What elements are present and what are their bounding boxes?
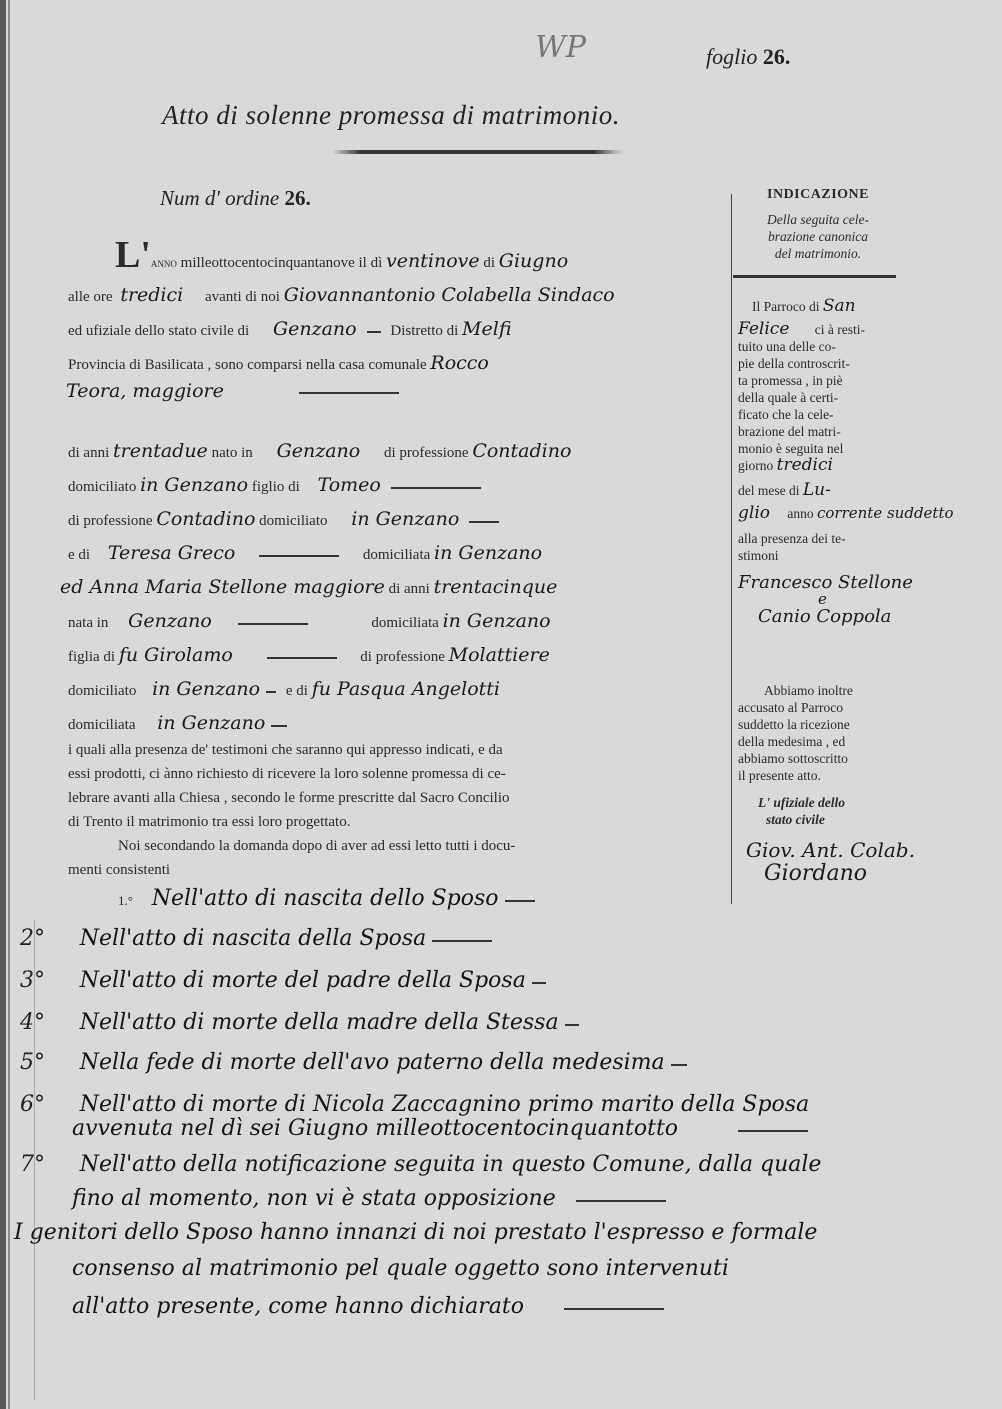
document-title: Atto di solenne promessa di matrimonio. bbox=[162, 100, 620, 131]
sidebar-text: della medesima , ed bbox=[738, 733, 898, 750]
bride-father-domicile: in Genzano bbox=[152, 678, 260, 700]
binding-edge bbox=[0, 0, 6, 1409]
item-text: avvenuta nel dì sei Giugno milleottocent… bbox=[72, 1116, 678, 1141]
item-text: Nell'atto di nascita della Sposa bbox=[80, 926, 427, 951]
folio-label: foglio bbox=[706, 44, 757, 69]
label: di anni bbox=[389, 581, 430, 597]
order-number: Num d' ordine 26. bbox=[160, 186, 311, 211]
list-item: 7° Nell'atto della notificazione seguita… bbox=[20, 1152, 821, 1177]
anno-word: anno bbox=[151, 255, 177, 270]
label: ed ufiziale dello stato civile di bbox=[68, 323, 249, 339]
list-item: I genitori dello Sposo hanno innanzi di … bbox=[14, 1220, 817, 1245]
sidebar-text: abbiamo sottoscritto bbox=[738, 750, 898, 767]
item-number: 7° bbox=[20, 1152, 45, 1177]
sidebar-text: accusato al Parroco bbox=[738, 699, 898, 716]
bride-mother-domicile: in Genzano bbox=[157, 712, 265, 734]
paragraph-line: essi prodotti, ci ànno richiesto di rice… bbox=[68, 766, 506, 783]
celebration-month: Lu- bbox=[803, 480, 831, 500]
officer-title: stato civile bbox=[766, 811, 898, 828]
sidebar-text: alla presenza dei te- bbox=[738, 530, 898, 547]
bride-mother: fu Pasqua Angelotti bbox=[312, 678, 500, 700]
label: di professione bbox=[384, 445, 469, 461]
sidebar-subtitle: Della seguita cele- bbox=[738, 211, 898, 228]
groom-age: trentadue bbox=[113, 440, 208, 462]
item-text: I genitori dello Sposo hanno innanzi di … bbox=[14, 1220, 817, 1245]
binding-edge-line bbox=[8, 0, 10, 1409]
giorno-label: giorno bbox=[738, 458, 773, 473]
label: avanti di noi bbox=[205, 289, 280, 305]
label: domiciliato bbox=[68, 683, 136, 699]
list-item: 2° Nell'atto di nascita della Sposa bbox=[20, 926, 498, 951]
celebration-year: corrente suddetto bbox=[817, 504, 954, 522]
label: domiciliato bbox=[259, 513, 327, 529]
line-groom-domicile: domiciliato in Genzano figlio di Tomeo bbox=[68, 474, 487, 496]
sidebar-parroco: Il Parroco di San Felice ci à resti- tui… bbox=[738, 298, 898, 625]
officer-signature: Giordano bbox=[764, 865, 898, 882]
item-text: Nell'atto della notificazione seguita in… bbox=[80, 1152, 822, 1177]
label: figlio di bbox=[252, 479, 300, 495]
parroco-label: Il Parroco di bbox=[752, 299, 819, 314]
sidebar-text: ficato che la cele- bbox=[738, 406, 898, 423]
sidebar-text: Abbiamo inoltre bbox=[764, 682, 898, 699]
groom-first-name: Rocco bbox=[430, 352, 488, 374]
item-text: Nella fede di morte dell'avo paterno del… bbox=[80, 1050, 665, 1075]
item-number: 6° bbox=[20, 1092, 45, 1117]
label: Distretto di bbox=[390, 323, 458, 339]
father-profession: Contadino bbox=[156, 508, 255, 530]
hour-field: tredici bbox=[120, 284, 183, 306]
list-item: all'atto presente, come hanno dichiarato bbox=[72, 1294, 670, 1319]
mother-domicile: in Genzano bbox=[434, 542, 542, 564]
line-bride-father-domicile: domiciliato in Genzano e di fu Pasqua An… bbox=[68, 678, 500, 700]
paragraph-line: menti consistenti bbox=[68, 862, 170, 879]
officer-signature: Giov. Ant. Colab. bbox=[746, 842, 898, 859]
official-field: Giovannantonio Colabella Sindaco bbox=[284, 284, 615, 306]
district-field: Melfi bbox=[462, 318, 511, 340]
bride-birthplace: Genzano bbox=[128, 610, 212, 632]
label: domiciliata bbox=[371, 615, 438, 631]
line-bride-father: figlia di fu Girolamo di professione Mol… bbox=[68, 644, 550, 666]
bride-age: trentacinque bbox=[434, 576, 558, 598]
pencil-annotation: WP bbox=[535, 30, 586, 65]
sidebar-subtitle: del matrimonio. bbox=[738, 245, 898, 262]
item-number: 5° bbox=[20, 1050, 45, 1075]
paragraph-line: lebrare avanti alla Chiesa , secondo le … bbox=[68, 790, 510, 807]
groom-father: Tomeo bbox=[318, 474, 381, 496]
year-text: milleottocentocinquantanove il dì bbox=[181, 255, 383, 271]
folio-value: 26. bbox=[763, 44, 791, 69]
list-item: fino al momento, non vi è stata opposizi… bbox=[72, 1186, 672, 1211]
line-groom-mother: e di Teresa Greco domiciliata in Genzano bbox=[68, 542, 542, 564]
label: domiciliata bbox=[363, 547, 430, 563]
groom-surname: Teora, maggiore bbox=[66, 380, 224, 402]
parish-field: San bbox=[823, 296, 856, 316]
bride-domicile: in Genzano bbox=[443, 610, 551, 632]
paragraph-line: di Trento il matrimonio tra essi loro pr… bbox=[68, 814, 350, 831]
witness-1: Francesco Stellone bbox=[738, 574, 898, 591]
label: di professione bbox=[360, 649, 445, 665]
item-number: 2° bbox=[20, 926, 45, 951]
order-label: Num d' ordine bbox=[160, 186, 279, 210]
line-bride: ed Anna Maria Stellone maggiore di anni … bbox=[60, 576, 557, 598]
groom-domicile: in Genzano bbox=[140, 474, 248, 496]
sidebar-subtitle: brazione canonica bbox=[738, 228, 898, 245]
town-field: Genzano bbox=[273, 318, 357, 340]
list-item: 1.° Nell'atto di nascita dello Sposo bbox=[118, 886, 541, 911]
item-text: consenso al matrimonio pel quale oggetto… bbox=[72, 1256, 729, 1281]
item-text: Nell'atto di nascita dello Sposo bbox=[152, 886, 499, 911]
item-number: 3° bbox=[20, 968, 45, 993]
drop-cap: L' bbox=[115, 234, 151, 276]
sidebar-text: stimoni bbox=[738, 547, 898, 564]
witness-2: Canio Coppola bbox=[758, 608, 898, 625]
label: domiciliato bbox=[68, 479, 136, 495]
celebration-day: tredici bbox=[777, 455, 833, 475]
officer-title: L' ufiziale dello bbox=[758, 794, 898, 811]
sidebar-closing: Abbiamo inoltre accusato al Parroco sudd… bbox=[738, 682, 898, 882]
title-ornament bbox=[332, 150, 622, 154]
father-domicile: in Genzano bbox=[351, 508, 459, 530]
sidebar-text: tuito una delle co- bbox=[738, 338, 898, 355]
line-province: Provincia di Basilicata , sono comparsi … bbox=[68, 352, 489, 374]
label: alle ore bbox=[68, 289, 113, 305]
item-text: Nell'atto di morte della madre della Ste… bbox=[80, 1010, 559, 1035]
sidebar-text: della quale à certi- bbox=[738, 389, 898, 406]
sidebar-text: il presente atto. bbox=[738, 767, 898, 784]
line-groom-age: di anni trentadue nato in Genzano di pro… bbox=[68, 440, 571, 462]
label: e di bbox=[68, 547, 90, 563]
item-text: fino al momento, non vi è stata opposizi… bbox=[72, 1186, 556, 1211]
groom-profession: Contadino bbox=[472, 440, 571, 462]
sidebar-divider bbox=[731, 194, 732, 904]
parish-field: Felice bbox=[738, 319, 789, 339]
di-word: di bbox=[483, 255, 495, 271]
line-town: ed ufiziale dello stato civile di Genzan… bbox=[68, 318, 512, 340]
bride-father-profession: Molattiere bbox=[449, 644, 550, 666]
list-item: 5° Nella fede di morte dell'avo paterno … bbox=[20, 1050, 693, 1075]
sidebar-text: ci à resti- bbox=[815, 322, 865, 337]
label: di professione bbox=[68, 513, 153, 529]
order-value: 26. bbox=[284, 186, 310, 210]
list-item: consenso al matrimonio pel quale oggetto… bbox=[72, 1256, 729, 1281]
year-label: anno bbox=[787, 506, 813, 521]
sidebar-title: INDICAZIONE bbox=[738, 186, 898, 203]
list-item: avvenuta nel dì sei Giugno milleottocent… bbox=[72, 1116, 814, 1141]
paragraph-line: Noi secondando la domanda dopo di aver a… bbox=[118, 838, 515, 855]
line-year: L'anno milleottocentocinquantanove il dì… bbox=[115, 236, 568, 274]
line-hour: alle ore tredici avanti di noi Giovannan… bbox=[68, 284, 615, 306]
sidebar-rule bbox=[733, 275, 896, 278]
document-page: WP foglio 26. Atto di solenne promessa d… bbox=[0, 0, 1002, 1409]
sidebar-text: suddetto la ricezione bbox=[738, 716, 898, 733]
bride-father: fu Girolamo bbox=[119, 644, 233, 666]
day-field: ventinove bbox=[386, 250, 480, 272]
paragraph-line: i quali alla presenza de' testimoni che … bbox=[68, 742, 503, 759]
line-father-profession: di professione Contadino domiciliato in … bbox=[68, 508, 505, 530]
month-field: Giugno bbox=[499, 250, 568, 272]
sidebar-text: ta promessa , in piè bbox=[738, 372, 898, 389]
sidebar-text: pie della controscrit- bbox=[738, 355, 898, 372]
sidebar-text: brazione del matri- bbox=[738, 423, 898, 440]
item-number: 4° bbox=[20, 1010, 45, 1035]
list-item: 6° Nell'atto di morte di Nicola Zaccagni… bbox=[20, 1092, 809, 1117]
label: Provincia di Basilicata , sono comparsi … bbox=[68, 357, 427, 373]
line-groom-surname: Teora, maggiore bbox=[66, 380, 405, 402]
sidebar-heading: INDICAZIONE Della seguita cele- brazione… bbox=[738, 186, 898, 262]
list-item: 3° Nell'atto di morte del padre della Sp… bbox=[20, 968, 552, 993]
item-text: all'atto presente, come hanno dichiarato bbox=[72, 1294, 524, 1319]
item-number: 1.° bbox=[118, 893, 133, 908]
groom-mother: Teresa Greco bbox=[108, 542, 235, 564]
month-label: del mese di bbox=[738, 483, 799, 498]
folio-number: foglio 26. bbox=[706, 44, 790, 70]
bride-name: ed Anna Maria Stellone maggiore bbox=[60, 576, 385, 598]
label: di anni bbox=[68, 445, 109, 461]
label: nata in bbox=[68, 615, 108, 631]
item-text: Nell'atto di morte del padre della Sposa bbox=[80, 968, 526, 993]
groom-birthplace: Genzano bbox=[277, 440, 361, 462]
item-text: Nell'atto di morte di Nicola Zaccagnino … bbox=[80, 1092, 809, 1117]
line-bride-mother-domicile: domiciliata in Genzano bbox=[68, 712, 293, 734]
celebration-month: glio bbox=[738, 503, 770, 523]
label: nato in bbox=[212, 445, 253, 461]
list-item: 4° Nell'atto di morte della madre della … bbox=[20, 1010, 585, 1035]
line-bride-birth: nata in Genzano domiciliata in Genzano bbox=[68, 610, 551, 632]
label: e di bbox=[286, 683, 308, 699]
label: domiciliata bbox=[68, 717, 135, 733]
label: figlia di bbox=[68, 649, 115, 665]
